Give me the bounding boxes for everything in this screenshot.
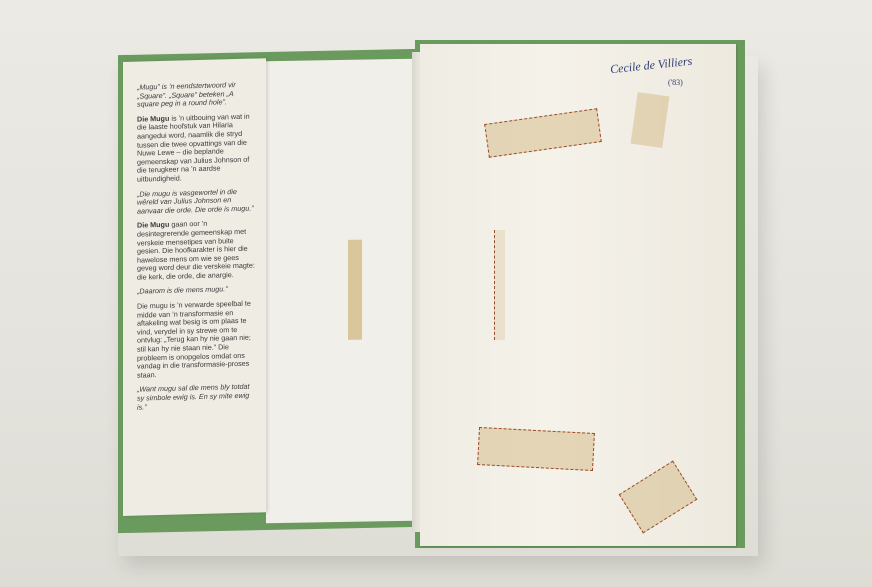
signature-year: ('83) [668,78,683,87]
flap-paragraph-5: „Daarom is die mens mugu.” [137,285,257,297]
flap-body: is ’n uitbouing van wat in die laaste ho… [137,111,250,183]
flap-paragraph-2: Die Mugu is ’n uitbouing van wat in die … [137,112,257,184]
flap-paragraph-3: „Die mugu is vasgewortel in die wêreld v… [137,187,257,216]
left-endpaper [266,59,416,524]
flap-paragraph-1: „Mugu” is ’n eendstertwoord vir „Square”… [137,80,257,109]
flap-paragraph-4: Die Mugu gaan oor ’n desintegrerende gem… [137,219,257,282]
tape-stain [631,92,670,148]
tape-stain [484,108,602,158]
tape-stain [619,461,698,534]
tape-stain [477,427,595,471]
flap-blurb: „Mugu” is ’n eendstertwoord vir „Square”… [137,80,257,417]
right-flyleaf [420,44,736,546]
dust-jacket-flap: „Mugu” is ’n eendstertwoord vir „Square”… [123,58,266,516]
tape-stain [494,230,505,340]
flap-paragraph-7: „Want mugu sal die mens bly totdat sy si… [137,383,257,412]
tape-stain [348,240,362,340]
flap-paragraph-6: Die mugu is ’n verwarde speelbal te midd… [137,300,257,380]
flap-body: gaan oor ’n desintegrerende gemeenskap m… [137,219,255,281]
